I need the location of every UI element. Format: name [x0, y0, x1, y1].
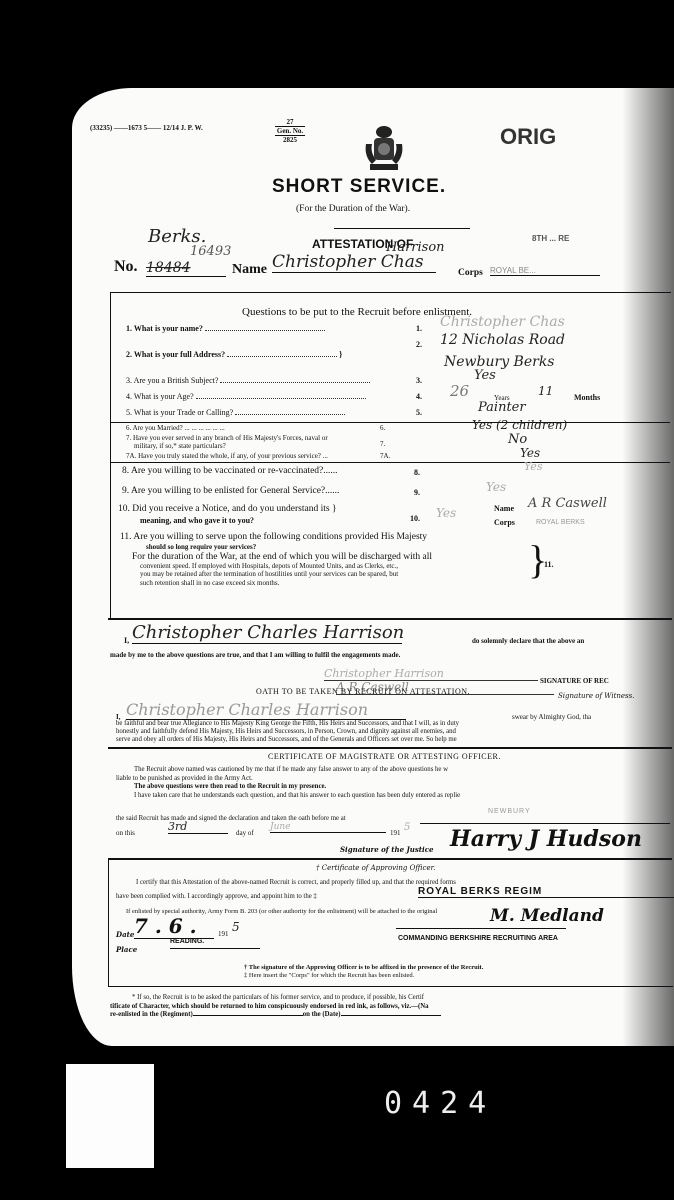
- answer-7: No: [508, 432, 527, 447]
- magistrate-line-1: The Recruit above named was cautioned by…: [116, 766, 460, 775]
- answer-8-number: 8.: [414, 468, 420, 477]
- question-10: 10. Did you receive a Notice, and do you…: [118, 504, 337, 527]
- question-11: 11. Are you willing to serve upon the fo…: [120, 532, 427, 552]
- answer-5-number: 5.: [416, 408, 422, 417]
- magistrate-line-3: The above questions were then read to th…: [116, 783, 460, 792]
- declaration-divider: [108, 618, 672, 620]
- number-label: No.: [114, 258, 138, 276]
- footnote-line-1: * If so, the Recruit is to be asked the …: [110, 994, 441, 1003]
- months-label: Months: [574, 393, 600, 402]
- form-number-value: 27: [275, 118, 305, 126]
- question-7: 7. Have you ever served in any branch of…: [126, 434, 328, 450]
- notice-corps-value: ROYAL BERKS: [536, 519, 585, 526]
- answer-1-number: 1.: [416, 324, 422, 333]
- place-line: [420, 823, 670, 824]
- title-divider: [334, 228, 470, 229]
- conditions-line1: convenient speed. If employed with Hospi…: [132, 562, 432, 571]
- gen-no-label: Gen. No.: [275, 126, 305, 136]
- question-2: 2. What is your full Address? }: [126, 350, 342, 359]
- day-of-label: day of: [236, 829, 254, 837]
- recruit-name: Christopher Chas: [272, 252, 436, 273]
- conditions-line3: such retention shall in no case exceed s…: [132, 579, 432, 588]
- justice-signature: Harry J Hudson: [450, 826, 642, 852]
- answer-3-number: 3.: [416, 376, 422, 385]
- conditions-lead: For the duration of the War, at the end …: [132, 553, 432, 562]
- form-title: SHORT SERVICE.: [272, 176, 446, 198]
- question-6: 6. Are you Married? ... ... ... ... ... …: [126, 424, 225, 432]
- attestation-day: 3rd: [168, 820, 228, 834]
- recruit-surname: Harrison: [386, 240, 445, 255]
- attestation-place: NEWBURY: [488, 808, 531, 815]
- witness-signature-label: Signature of Witness.: [558, 692, 634, 700]
- answer-7a-number: 7A.: [380, 452, 390, 460]
- question-4: 4. What is your Age?: [126, 392, 366, 401]
- answer-7a: Yes: [520, 446, 540, 460]
- answer-4-number: 4.: [416, 392, 422, 401]
- footnote: * If so, the Recruit is to be asked the …: [110, 994, 441, 1020]
- gen-no-value: 2825: [275, 136, 305, 144]
- oath-text-1: be faithful and bear true Allegiance to …: [116, 720, 459, 728]
- answer-9-number: 9.: [414, 488, 420, 497]
- regimental-number-new: 16493: [190, 244, 231, 259]
- original-stamp: ORIG: [500, 124, 556, 150]
- answer-10: Yes: [436, 506, 456, 520]
- attestation-year: 5: [404, 822, 410, 833]
- questions-heading: Questions to be put to the Recruit befor…: [242, 306, 472, 318]
- print-reference: (33235) ——1673 5—— 12/14 J. P. W.: [90, 124, 203, 132]
- question-1: 1. What is your name?: [126, 324, 325, 333]
- footnote-regiment-label: re-enlisted in the (Regiment): [110, 1011, 193, 1018]
- microfilm-frame-number: 0424: [384, 1086, 496, 1121]
- royal-coat-of-arms-icon: [362, 122, 406, 174]
- approving-section-box: [108, 858, 673, 987]
- corps-label: Corps: [458, 268, 483, 278]
- regiment-stamp: 8TH ... RE: [532, 234, 569, 243]
- conditions-line2: you may be retained after the terminatio…: [132, 570, 432, 579]
- answer-9: Yes: [486, 480, 506, 494]
- on-this-label: on this: [116, 829, 135, 837]
- footnote-line-2: tificate of Character, which should be r…: [110, 1003, 441, 1012]
- answer-4-months: 11: [538, 384, 553, 398]
- oath-body: be faithful and bear true Allegiance to …: [116, 720, 459, 744]
- question-8: 8. Are you willing to be vaccinated or r…: [122, 466, 338, 476]
- attestation-month: June: [270, 822, 386, 833]
- answer-3: Yes: [474, 368, 496, 383]
- recruit-signature: Christopher Harrison: [324, 667, 538, 681]
- answer-2-line2: Newbury Berks: [444, 354, 554, 370]
- magistrate-line-5: the said Recruit has made and signed the…: [116, 815, 346, 822]
- oath-name: Christopher Charles Harrison: [126, 700, 406, 720]
- declaration-prefix: I,: [124, 636, 129, 645]
- notice-name-label: Name: [494, 504, 514, 513]
- corps-value: ROYAL BE...: [490, 266, 600, 276]
- question-9: 9. Are you willing to be enlisted for Ge…: [122, 486, 339, 496]
- answer-11-number: 11.: [544, 560, 554, 569]
- question-3: 3. Are you a British Subject?: [126, 376, 370, 385]
- answer-1: Christopher Chas: [440, 314, 565, 330]
- oath-heading: OATH TO BE TAKEN BY RECRUIT ON ATTESTATI…: [256, 687, 470, 696]
- declaration-name: Christopher Charles Harrison: [132, 622, 402, 644]
- year-prefix: 191: [390, 829, 401, 837]
- footnote-date-label: on the (Date): [303, 1011, 341, 1018]
- question-7a: 7A. Have you truly stated the whole, if …: [126, 452, 328, 460]
- declaration-text-2: made by me to the above questions are tr…: [110, 651, 400, 659]
- oath-text-0: swear by Almighty God, tha: [512, 713, 591, 721]
- service-conditions: For the duration of the War, at the end …: [132, 553, 432, 587]
- answer-2-line1: 12 Nicholas Road: [440, 332, 565, 348]
- declaration-text-1: do solemnly declare that the above an: [472, 637, 584, 645]
- magistrate-line-4: I have taken care that he understands ea…: [116, 792, 460, 801]
- notice-corps-label: Corps: [494, 518, 515, 527]
- answer-8: Yes: [524, 460, 542, 473]
- answer-10-number: 10.: [410, 514, 420, 523]
- magistrate-line-2: liable to be punished as provided in the…: [116, 775, 460, 784]
- oath-text-2: honestly and faithfully defend His Majes…: [116, 728, 459, 736]
- magistrate-heading: CERTIFICATE OF MAGISTRATE OR ATTESTING O…: [268, 752, 501, 761]
- slip-divider-bottom: [110, 462, 670, 463]
- notice-name-value: A R Caswell: [528, 496, 607, 511]
- answer-6: Yes (2 children): [472, 418, 567, 432]
- answer-2-number: 2.: [416, 340, 422, 349]
- magistrate-divider: [108, 747, 672, 749]
- question-5: 5. What is your Trade or Calling?: [126, 408, 345, 417]
- name-label: Name: [232, 262, 267, 278]
- magistrate-body: The Recruit above named was cautioned by…: [116, 766, 460, 800]
- answer-7-number: 7.: [380, 440, 385, 448]
- slip-divider-top: [110, 422, 670, 423]
- microfilm-blank-card: [66, 1064, 154, 1168]
- form-number: 27 Gen. No. 2825: [275, 118, 305, 144]
- justice-signature-label: Signature of the Justice: [340, 845, 433, 854]
- oath-text-3: serve and obey all orders of His Majesty…: [116, 736, 459, 744]
- answer-5: Painter: [478, 400, 526, 415]
- form-subtitle: (For the Duration of the War).: [296, 204, 410, 214]
- answer-6-number: 6.: [380, 424, 385, 432]
- answer-4-years: 26: [450, 382, 469, 400]
- regimental-number-struck: 18484: [146, 260, 226, 277]
